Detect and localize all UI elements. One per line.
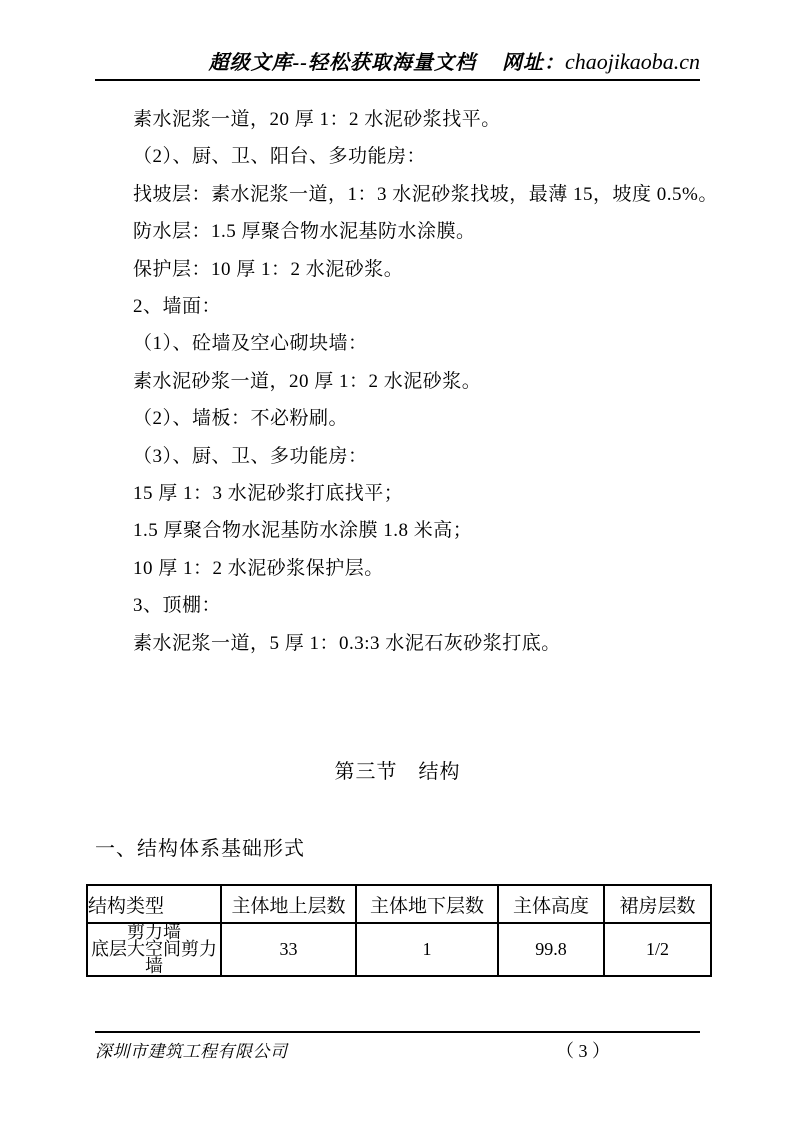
cell-podium-floors: 1/2: [604, 923, 711, 976]
body-paragraph: （1）、砼墙及空心砌块墙：: [133, 325, 693, 362]
table-header-structure-type: 结构类型: [87, 885, 221, 923]
table-header-above-ground-floors: 主体地上层数: [221, 885, 356, 923]
body-paragraph: （2）、厨、卫、阳台、多功能房：: [133, 138, 693, 175]
body-paragraph: 1.5 厚聚合物水泥基防水涂膜 1.8 米高；: [133, 512, 693, 549]
structure-type-line2: 底层大空间剪力墙: [88, 941, 220, 975]
body-paragraph: 2、墙面：: [133, 288, 693, 325]
document-page: 超级文库--轻松获取海量文档网址：chaojikaoba.cn 素水泥浆一道，2…: [0, 0, 793, 1122]
body-paragraph: 找坡层：素水泥浆一道，1：3 水泥砂浆找坡，最薄 15，坡度 0.5%。: [133, 176, 693, 213]
table-header-main-height: 主体高度: [498, 885, 604, 923]
cell-below-ground-floors: 1: [356, 923, 498, 976]
body-paragraph: 保护层：10 厚 1：2 水泥砂浆。: [133, 251, 693, 288]
body-paragraph: （2）、墙板：不必粉刷。: [133, 400, 693, 437]
table-header-podium-floors: 裙房层数: [604, 885, 711, 923]
body-paragraph: 素水泥浆一道，5 厚 1：0.3:3 水泥石灰砂浆打底。: [133, 625, 693, 662]
footer-page-number: （ 3 ）: [556, 1037, 610, 1063]
section-subheading: 一、结构体系基础形式: [95, 832, 305, 861]
page-header: 超级文库--轻松获取海量文档网址：chaojikaoba.cn: [95, 46, 700, 81]
cell-main-height: 99.8: [498, 923, 604, 976]
cell-above-ground-floors: 33: [221, 923, 356, 976]
header-site-label: 网址：: [502, 52, 565, 74]
header-site-url: chaojikaoba.cn: [565, 49, 700, 74]
header-brand-text: 超级文库--轻松获取海量文档: [209, 52, 476, 74]
body-paragraph: 10 厚 1：2 水泥砂浆保护层。: [133, 550, 693, 587]
document-body: 素水泥浆一道，20 厚 1：2 水泥砂浆找平。 （2）、厨、卫、阳台、多功能房：…: [133, 101, 693, 662]
body-paragraph: 防水层：1.5 厚聚合物水泥基防水涂膜。: [133, 213, 693, 250]
body-paragraph: 素水泥砂浆一道，20 厚 1：2 水泥砂浆。: [133, 363, 693, 400]
body-paragraph: 素水泥浆一道，20 厚 1：2 水泥砂浆找平。: [133, 101, 693, 138]
footer-divider: [95, 1031, 700, 1033]
section-title: 第三节 结构: [95, 755, 700, 784]
footer-company-name: 深圳市建筑工程有限公司: [95, 1037, 288, 1062]
body-paragraph: （3）、厨、卫、多功能房：: [133, 438, 693, 475]
structure-table: 结构类型 主体地上层数 主体地下层数 主体高度 裙房层数 剪力墙 底层大空间剪力…: [86, 884, 712, 977]
table-header-row: 结构类型 主体地上层数 主体地下层数 主体高度 裙房层数: [87, 885, 711, 923]
cell-structure-type: 剪力墙 底层大空间剪力墙: [87, 923, 221, 976]
table-row: 剪力墙 底层大空间剪力墙 33 1 99.8 1/2: [87, 923, 711, 976]
body-paragraph: 3、顶棚：: [133, 587, 693, 624]
body-paragraph: 15 厚 1：3 水泥砂浆打底找平；: [133, 475, 693, 512]
header-divider: [95, 79, 700, 81]
table-header-below-ground-floors: 主体地下层数: [356, 885, 498, 923]
